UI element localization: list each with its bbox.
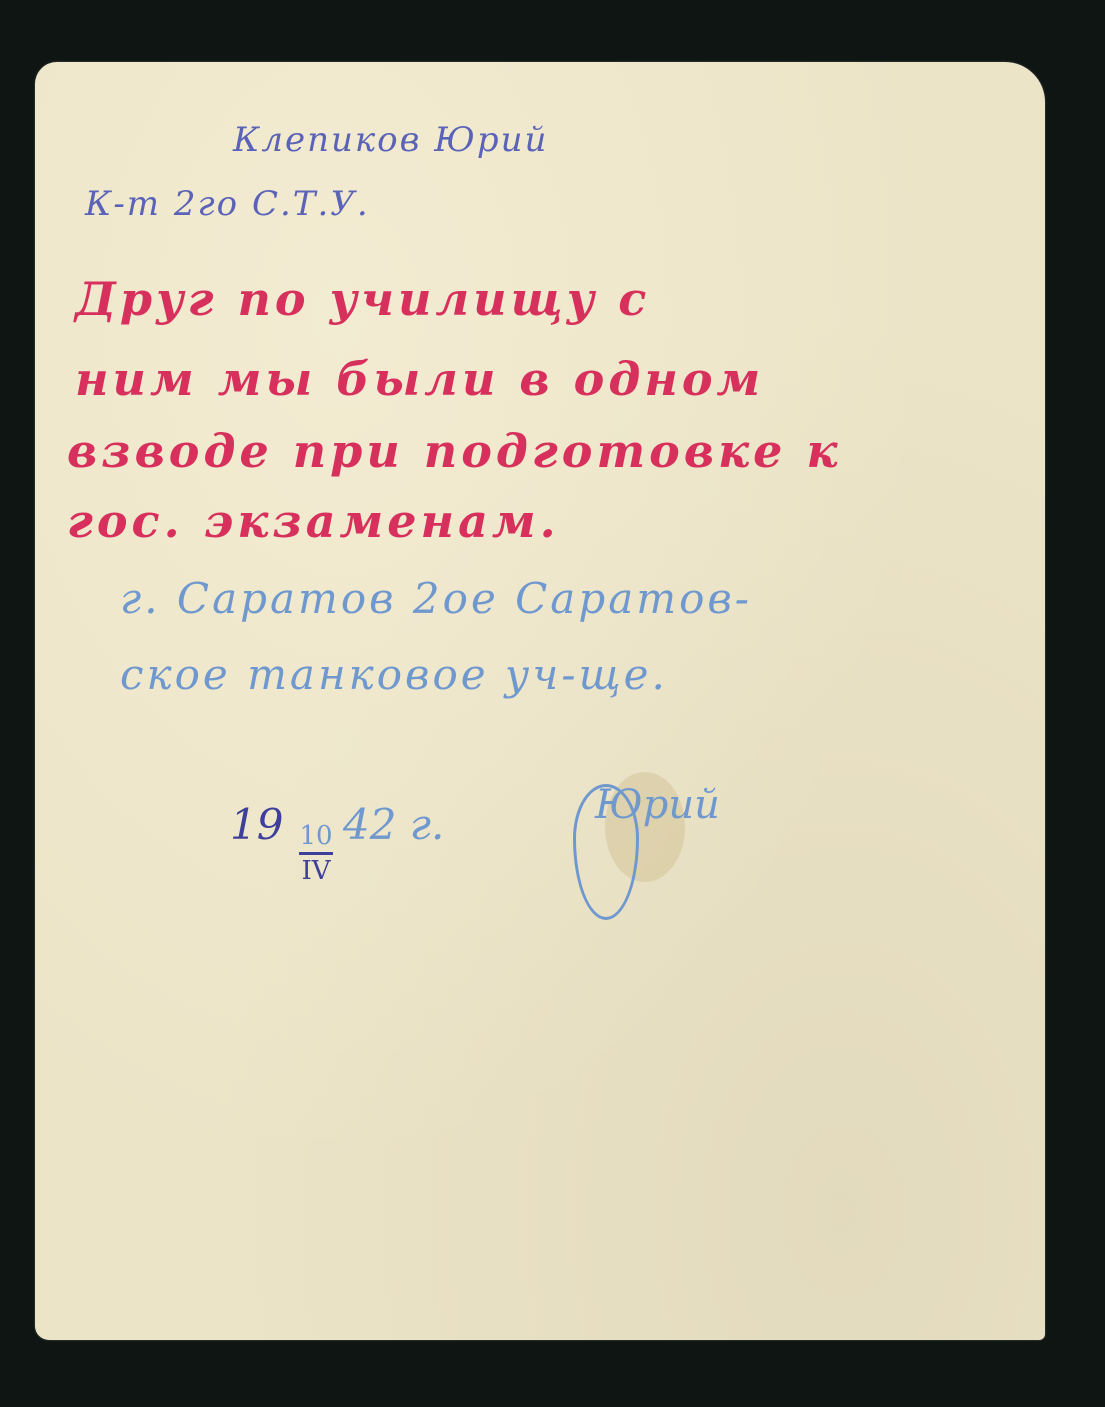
rank-line: К-т 2го С.Т.У. bbox=[85, 184, 370, 224]
date-fraction-bottom: IV bbox=[301, 857, 330, 885]
message-line-1: Друг по училищу с bbox=[75, 272, 650, 326]
signature: Юрий bbox=[595, 782, 720, 828]
fraction-bar bbox=[299, 852, 333, 855]
address-line-1: г. Саратов 2ое Саратов- bbox=[120, 574, 752, 623]
message-line-3: взводе при подготовке к bbox=[67, 424, 842, 478]
photo-card-back: Клепиков Юрий К-т 2го С.Т.У. Друг по учи… bbox=[35, 62, 1045, 1340]
date-fraction: 10 IV bbox=[299, 822, 333, 885]
date-fraction-top: 10 bbox=[299, 822, 332, 850]
date-year: 42 г. bbox=[343, 800, 444, 849]
date-day: 19 bbox=[230, 800, 283, 849]
message-line-2: ним мы были в одном bbox=[75, 352, 764, 406]
message-line-4: гос. экзаменам. bbox=[67, 494, 560, 548]
address-line-2: ское танковое уч-ще. bbox=[120, 650, 668, 699]
name-line: Клепиков Юрий bbox=[233, 120, 548, 160]
